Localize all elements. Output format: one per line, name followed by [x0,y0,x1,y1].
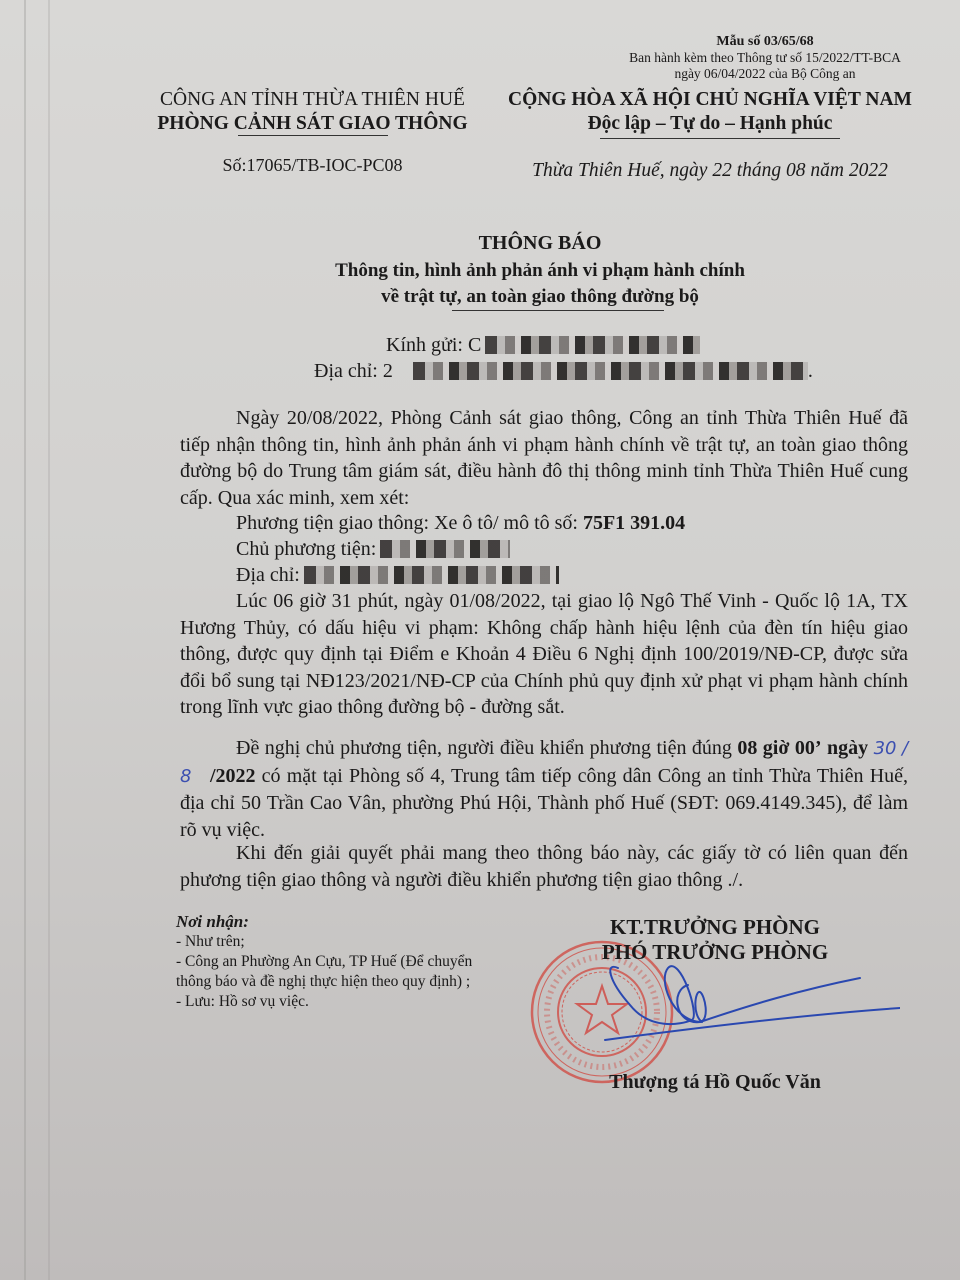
nation-name: CỘNG HÒA XÃ HỘI CHỦ NGHĨA VIỆT NAM [495,88,925,112]
national-motto: Độc lập – Tự do – Hạnh phúc [495,112,925,136]
recipient-item: - Như trên; [176,932,472,952]
form-number-block: Mẫu số 03/65/68 Ban hành kèm theo Thông … [600,34,930,82]
paragraph-requirements: Khi đến giải quyết phải mang theo thông … [180,840,908,893]
owner-address-line: Địa chỉ: [180,562,960,589]
agency-underline [238,135,388,136]
owner-address-label: Địa chỉ: [236,564,300,586]
document-subtitle: Thông tin, hình ảnh phản ánh vi phạm hàn… [160,258,920,310]
vehicle-line: Phương tiện giao thông: Xe ô tô/ mô tô s… [180,510,960,537]
vehicle-plate: 75F1 391.04 [583,512,685,534]
paper-fold-line [24,0,26,1280]
redacted-owner-address [304,566,559,584]
vehicle-label: Phương tiện giao thông: Xe ô tô/ mô tô s… [236,512,578,534]
recipient-item: thông báo và đề nghị thực hiện theo quy … [176,972,472,992]
agency-block: CÔNG AN TỈNH THỪA THIÊN HUẾ PHÒNG CẢNH S… [140,88,485,136]
signature-title-line-1: KT.TRƯỞNG PHÒNG [560,915,870,940]
paper-fold-line [48,0,50,1280]
document-number: Số:17065/TB-IOC-PC08 [140,155,485,176]
signature-title: KT.TRƯỞNG PHÒNG PHÓ TRƯỞNG PHÒNG [560,915,870,965]
handwritten-month: 8 [180,766,191,787]
redacted-address [413,362,808,380]
recipients-heading: Nơi nhận: [176,912,472,932]
form-number: Mẫu số 03/65/68 [600,34,930,50]
paragraph-violation: Lúc 06 giờ 31 phút, ngày 01/08/2022, tại… [180,588,908,721]
document-title: THÔNG BÁO [160,232,920,255]
addressee-label: Kính gửi: [386,334,463,356]
address-value: 2 [383,360,393,382]
recipient-item: - Lưu: Hồ sơ vụ việc. [176,992,472,1012]
agency-parent: CÔNG AN TỈNH THỪA THIÊN HUẾ [140,88,485,112]
address-line: Địa chỉ: 2. [314,360,813,383]
nation-block: CỘNG HÒA XÃ HỘI CHỦ NGHĨA VIỆT NAM Độc l… [495,88,925,136]
issued-with: Ban hành kèm theo Thông tư số 15/2022/TT… [600,50,930,66]
handwritten-signature-icon [600,960,900,1060]
place-date: Thừa Thiên Huế, ngày 22 tháng 08 năm 202… [495,160,925,182]
issued-date: ngày 06/04/2022 của Bộ Công an [600,66,930,82]
addressee-value: C [468,334,481,356]
motto-underline [600,138,840,139]
appointment-time: 08 giờ 00’ [737,737,821,759]
addressee-line: Kính gửi: C [386,334,700,357]
handwritten-day: 30 [874,738,897,759]
title-underline [452,310,664,311]
subtitle-line-2: về trật tự, an toàn giao thông đường bộ [160,284,920,310]
redacted-name [485,336,700,354]
agency-department: PHÒNG CẢNH SÁT GIAO THÔNG [140,112,485,136]
subtitle-line-1: Thông tin, hình ảnh phản ánh vi phạm hàn… [160,258,920,284]
recipients-block: Nơi nhận: - Như trên; - Công an Phường A… [176,912,472,1012]
address-label: Địa chỉ: [314,360,378,382]
owner-label: Chủ phương tiện: [236,538,376,560]
recipient-item: - Công an Phường An Cựu, TP Huế (Để chuy… [176,952,472,972]
owner-line: Chủ phương tiện: [180,536,960,563]
paragraph-intro: Ngày 20/08/2022, Phòng Cảnh sát giao thô… [180,405,908,511]
redacted-owner [380,540,510,558]
signer-name: Thượng tá Hồ Quốc Văn [560,1071,870,1094]
appointment-year: /2022 [210,765,256,787]
paragraph-request: Đề nghị chủ phương tiện, người điều khiể… [180,735,908,843]
